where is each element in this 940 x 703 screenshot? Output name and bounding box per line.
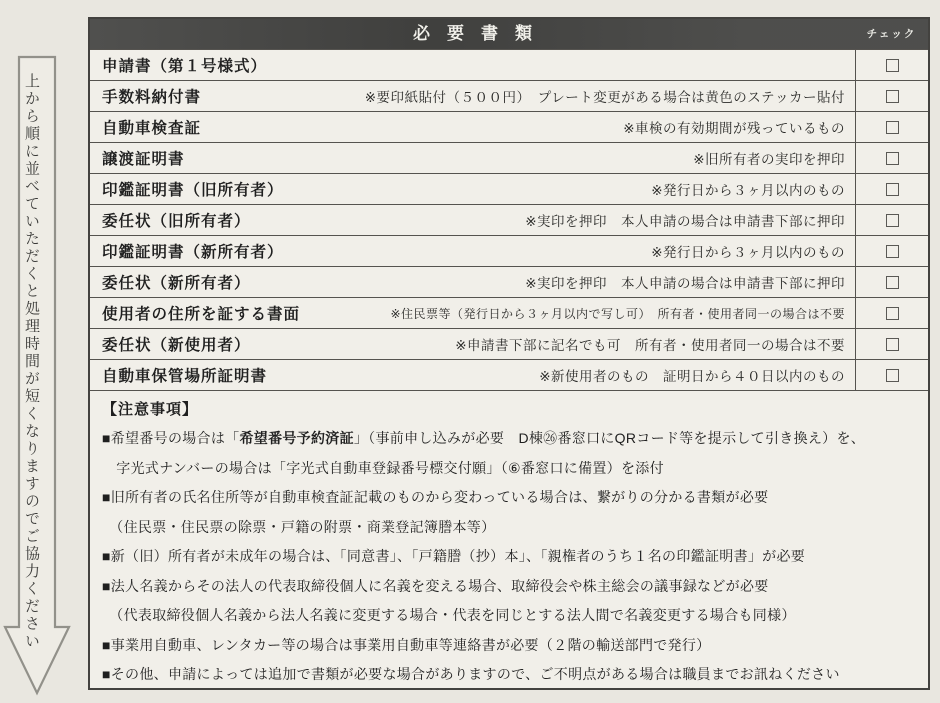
cautions-title: 【注意事項】: [102, 396, 916, 424]
row-label: 自動車保管場所証明書: [102, 364, 267, 386]
table-row-vehicle-inspection-cert: 自動車検査証 ※車検の有効期間が残っているもの: [90, 111, 928, 142]
caution-item: ■希望番号の場合は「希望番号予約済証」（事前申し込みが必要 D棟㉖番窓口にQRコ…: [102, 424, 916, 454]
caution-item: ■その他、申請によっては追加で書類が必要な場合がありますので、ご不明点がある場合…: [102, 660, 916, 690]
table-row-user-address-proof: 使用者の住所を証する書面 ※住民票等（発行日から３ヶ月以内で写し可） 所有者・使…: [90, 297, 928, 328]
row-label: 手数料納付書: [102, 85, 201, 107]
row-label: 自動車検査証: [102, 116, 201, 138]
caution-item: （住民票・住民票の除票・戸籍の附票・商業登記簿謄本等）: [102, 513, 916, 543]
checkbox: [886, 214, 899, 227]
row-label: 印鑑証明書（新所有者）: [102, 240, 284, 262]
caution-item: （代表取締役個人名義から法人名義に変更する場合・代表を同じとする法人間で名義変更…: [102, 601, 916, 631]
table-header: 必要書類 チェック: [90, 19, 928, 49]
row-note: ※新使用者のもの 証明日から４０日以内のもの: [539, 365, 845, 385]
row-note: ※発行日から３ヶ月以内のもの: [651, 179, 845, 199]
checkbox: [886, 276, 899, 289]
table-row-poa-new-owner: 委任状（新所有者） ※実印を押印 本人申請の場合は申請書下部に押印: [90, 266, 928, 297]
row-label: 印鑑証明書（旧所有者）: [102, 178, 284, 200]
table-row-poa-new-user: 委任状（新使用者） ※申請書下部に記名でも可 所有者・使用者同一の場合は不要: [90, 328, 928, 359]
row-label: 申請書（第１号様式）: [102, 54, 267, 76]
scanned-document-page: 上から順に並べていただくと処理時間が短くなりますのでご協力ください 必要書類 チ…: [0, 0, 940, 703]
table-row-seal-cert-new-owner: 印鑑証明書（新所有者） ※発行日から３ヶ月以内のもの: [90, 235, 928, 266]
checkbox: [886, 369, 899, 382]
caution-item: ■法人名義からその法人の代表取締役個人に名義を変える場合、取締役会や株主総会の議…: [102, 572, 916, 602]
row-note: ※発行日から３ヶ月以内のもの: [651, 241, 845, 261]
table-row-parking-space-cert: 自動車保管場所証明書 ※新使用者のもの 証明日から４０日以内のもの: [90, 359, 928, 390]
row-label: 使用者の住所を証する書面: [102, 302, 300, 324]
checkbox: [886, 152, 899, 165]
row-note: ※要印紙貼付（５００円） プレート変更がある場合は黄色のステッカー貼付: [365, 86, 845, 106]
caution-item: ■新（旧）所有者が未成年の場合は、「同意書」、「戸籍謄（抄）本」、「親権者のうち…: [102, 542, 916, 572]
caution-item: 字光式ナンバーの場合は「字光式自動車登録番号標交付願」（⑥番窓口に備置）を添付: [102, 454, 916, 484]
row-label: 委任状（新使用者）: [102, 333, 251, 355]
checkbox: [886, 338, 899, 351]
table-row-fee-payment-slip: 手数料納付書 ※要印紙貼付（５００円） プレート変更がある場合は黄色のステッカー…: [90, 80, 928, 111]
row-note: ※実印を押印 本人申請の場合は申請書下部に押印: [525, 210, 845, 230]
checkbox: [886, 245, 899, 258]
table-row-seal-cert-old-owner: 印鑑証明書（旧所有者） ※発行日から３ヶ月以内のもの: [90, 173, 928, 204]
checkbox: [886, 90, 899, 103]
row-note: ※旧所有者の実印を押印: [693, 148, 845, 168]
row-note: ※車検の有効期間が残っているもの: [623, 117, 845, 137]
checkbox: [886, 307, 899, 320]
row-label: 委任状（新所有者）: [102, 271, 251, 293]
checkbox: [886, 59, 899, 72]
row-note: ※実印を押印 本人申請の場合は申請書下部に押印: [525, 272, 845, 292]
table-title: 必要書類: [90, 19, 855, 49]
checkbox: [886, 121, 899, 134]
row-label: 譲渡証明書: [102, 147, 185, 169]
table-row-poa-old-owner: 委任状（旧所有者） ※実印を押印 本人申請の場合は申請書下部に押印: [90, 204, 928, 235]
check-column-header: チェック: [855, 19, 928, 49]
sorting-instruction-text: 上から順に並べていただくと処理時間が短くなりますのでご協力ください: [21, 73, 42, 673]
caution-item: ■旧所有者の氏名住所等が自動車検査証記載のものから変わっている場合は、繋がりの分…: [102, 483, 916, 513]
table-row-transfer-cert: 譲渡証明書 ※旧所有者の実印を押印: [90, 142, 928, 173]
row-note: ※住民票等（発行日から３ヶ月以内で写し可） 所有者・使用者同一の場合は不要: [390, 305, 845, 322]
row-note: ※申請書下部に記名でも可 所有者・使用者同一の場合は不要: [455, 334, 845, 354]
cautions-section: 【注意事項】 ■希望番号の場合は「希望番号予約済証」（事前申し込みが必要 D棟㉖…: [90, 390, 928, 690]
checkbox: [886, 183, 899, 196]
table-row-application-form: 申請書（第１号様式）: [90, 49, 928, 80]
caution-item: ■事業用自動車、レンタカー等の場合は事業用自動車等連絡書が必要（２階の輸送部門で…: [102, 631, 916, 661]
sorting-instruction-arrow: 上から順に並べていただくと処理時間が短くなりますのでご協力ください: [2, 55, 72, 700]
required-documents-table: 必要書類 チェック 申請書（第１号様式） 手数料納付書 ※要印紙貼付（５００円）…: [88, 17, 930, 690]
row-label: 委任状（旧所有者）: [102, 209, 251, 231]
